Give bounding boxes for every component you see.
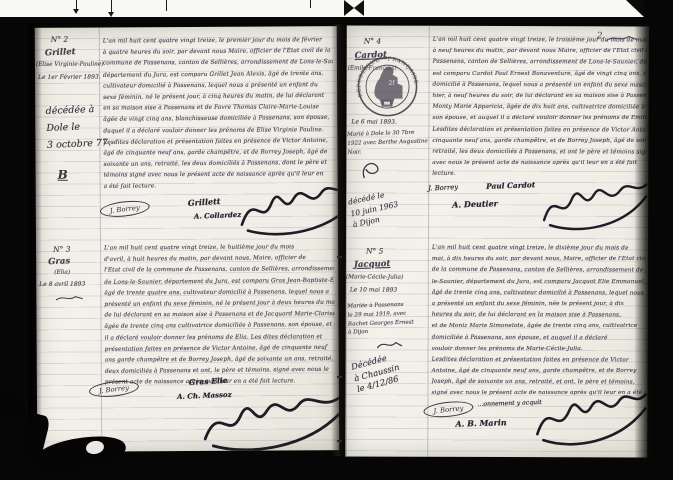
act2-death-initial: B [58,168,68,182]
fiducial-mark [354,0,364,16]
signature-text: J. Borrey [99,384,130,395]
handwritten-line: a présenté un enfant du sexe féminin, né… [432,299,646,310]
page-edge-shadow [634,24,650,460]
handwritten-line: retraité, les deux domiciliés à Passenan… [432,147,646,159]
ruler-arrow-icon [73,9,79,14]
handwritten-line: 3 octobre 77. [47,134,112,154]
handwritten-line: et de Moniz Marie Simonelote, âgée de tr… [432,321,646,332]
ruler-tick [310,0,311,8]
handwritten-line: son épouse, et auquel il a déclaré voulo… [432,113,646,124]
stamp-value: 2f [389,80,396,87]
act5-marriage-annotation: Mariée à Passenansle 29 mai 1919, avecRa… [347,301,414,338]
handwritten-line: vouloir donner les prénoms de Marie-Céci… [432,344,646,355]
act3-margin-date: Le 8 avril 1893 [39,281,85,288]
handwritten-line: à Dijon [348,327,414,338]
act3-body-text: L'an mil huit cent quatre vingt treize, … [104,242,335,389]
handwritten-line: domicilié à Passenans, lequel nous a pré… [433,80,647,92]
register-scan: N° 2 Grillet (Elise Virginie-Pauline) Le… [0,0,673,480]
binding-stitch-mark [337,256,342,258]
handwritten-line: de Lons-le-Saunier, département du Jura,… [104,275,334,288]
ruler-arrow-icon [108,12,114,17]
act3-margin-name: Gras [48,256,70,267]
act2-margin-number: N° 2 [51,35,69,44]
act2-father-signature: Grillett [188,196,221,208]
handwritten-line: est comparu Cardot Paul Ernest Bonaventu… [433,69,647,80]
handwritten-line: Lesdites déclaration et présentation fai… [432,124,646,136]
handwritten-line: soixante un ans, retraité, les deux domi… [103,158,333,171]
handwritten-line: le-Saunier, département du Jura, est com… [432,277,646,288]
act4-officer-signature: A. Deutier [452,198,498,209]
mayor-signature-flourish [238,182,340,239]
act5-margin-given-names: (Marie-Cécile-Julia) [346,274,403,280]
scanner-ruler-strip [0,0,644,17]
handwritten-line: L'an mil huit cent quatre vingt treize, … [432,243,646,255]
handwritten-line: Noir. [348,146,429,157]
handwritten-line: présentation faites en présence de Victo… [105,342,335,355]
act4-margin-date: Le 6 mai 1893. [351,118,396,125]
binding-stitch-mark [337,376,342,378]
handwritten-line: Lesdites déclaration et présentation fai… [432,355,646,367]
handwritten-line: avec nous le présent acte de naissance a… [432,158,646,169]
act4-witness-signature: J. Borrey [428,183,458,192]
handwritten-line: département du Jura, est comparu Grillet… [103,68,333,81]
handwritten-line: de la commune de Passenans, canton de Se… [432,265,646,277]
paraph-flourish [54,293,84,303]
handwritten-line: Monty Marie Apparicia, âgée de dix huit … [432,102,646,114]
act2-margin-given-names: (Elise Virginie-Pauline) [36,62,104,68]
left-page: N° 2 Grillet (Elise Virginie-Pauline) Le… [35,26,340,452]
handwritten-line: heures du soir, de lui déclarant en la m… [432,310,646,322]
act5-margin-note-signature: ...onnement y acquit [477,399,541,408]
handwritten-line: domiciliée à Passenans, son épouse, et a… [432,332,646,344]
act2-margin-date: Le 1er Février 1893. [38,74,101,81]
act4-father-signature: Paul Cardot [486,180,535,191]
handwritten-line: à neuf heures du matin, par devant nous … [433,46,647,57]
republique-francaise-stamp: RÉPUBLIQUE FRANÇAISE 2f [355,55,419,119]
act3-margin-given-names: (Elia) [54,270,70,276]
handwritten-line: âgé de trente cinq ans, cultivateur domi… [432,288,646,300]
book-gutter-shadow [331,24,347,456]
signature-text: J. Borrey [433,404,464,415]
right-page: 2 N° 4 Cardot (Emile-François) RÉPUBLIQU… [345,25,649,457]
mayor-signature-flourish [199,392,339,452]
signature-text: J. Borrey [110,204,141,215]
handwritten-line: cinquante neuf ans, garde champêtre, et … [432,136,646,147]
act5-officer-signature: A. B. Marin [455,417,507,429]
act2-death-annotation: décédée àDole le3 octobre 77. [45,100,111,154]
act4-marriage-annotation: Marié à Dole le 30 7bre1922 avec Berthe … [347,128,428,157]
act2-officer-signature: A. Collardez [194,210,242,221]
act5-margin-date: Le 10 mai 1893 [350,286,397,293]
act5-witness-signature: J. Borrey [423,399,474,419]
act5-margin-name: Jacquot [354,259,391,270]
act3-witness-signature: J. Borrey [88,379,139,399]
clamp-shadow-blob [0,389,29,421]
handwritten-line: Lesdites déclaration et présentation fai… [103,135,333,148]
handwritten-line: mai, à dix heures du soir, par devant no… [432,254,646,265]
act5-body-text: L'an mil huit cent quatre vingt treize, … [431,243,646,400]
handwritten-line: Antoine, âgé de cinquante neuf ans, gard… [432,366,646,377]
page-edge-shadow [28,24,42,454]
act2-body-text: L'an mil huit cent quatre vingt treize, … [103,35,334,193]
annotation-paraph [358,158,388,180]
fiducial-triangle [626,0,644,17]
margin-rule-line [427,26,430,457]
mayor-signature-flourish [533,390,648,450]
act4-margin-number: N° 4 [364,37,382,46]
handwritten-line: hier, à neuf heures du soir, de lui décl… [433,91,647,102]
handwritten-line: L'an mil huit cent quatre vingt treize, … [433,35,647,47]
ruler-tick [166,0,167,11]
act2-margin-name: Grillet [45,47,76,58]
handwritten-line: Passenans, canton de Sellières, arrondis… [433,57,647,69]
act2-witness-signature: J. Borrey [99,199,150,219]
annotation-paraph [376,338,404,352]
act4-death-annotation: décédé le10 juin 1963à Dijon [347,187,401,231]
mayor-signature-flourish [540,180,649,234]
handwritten-line: sexe féminin, né le présent jour, à cinq… [103,91,333,104]
handwritten-line: présenté un enfant du sexe féminin, né l… [104,298,334,311]
binding-stitch-mark [337,440,342,442]
act5-margin-number: N° 5 [366,247,384,256]
act4-body-text: L'an mil huit cent quatre vingt treize, … [432,35,647,181]
act3-margin-number: N° 3 [53,245,71,254]
fiducial-mark [344,0,354,16]
act5-death-annotation: Décédéeà Chaussinle 4/12/86 [350,350,404,395]
